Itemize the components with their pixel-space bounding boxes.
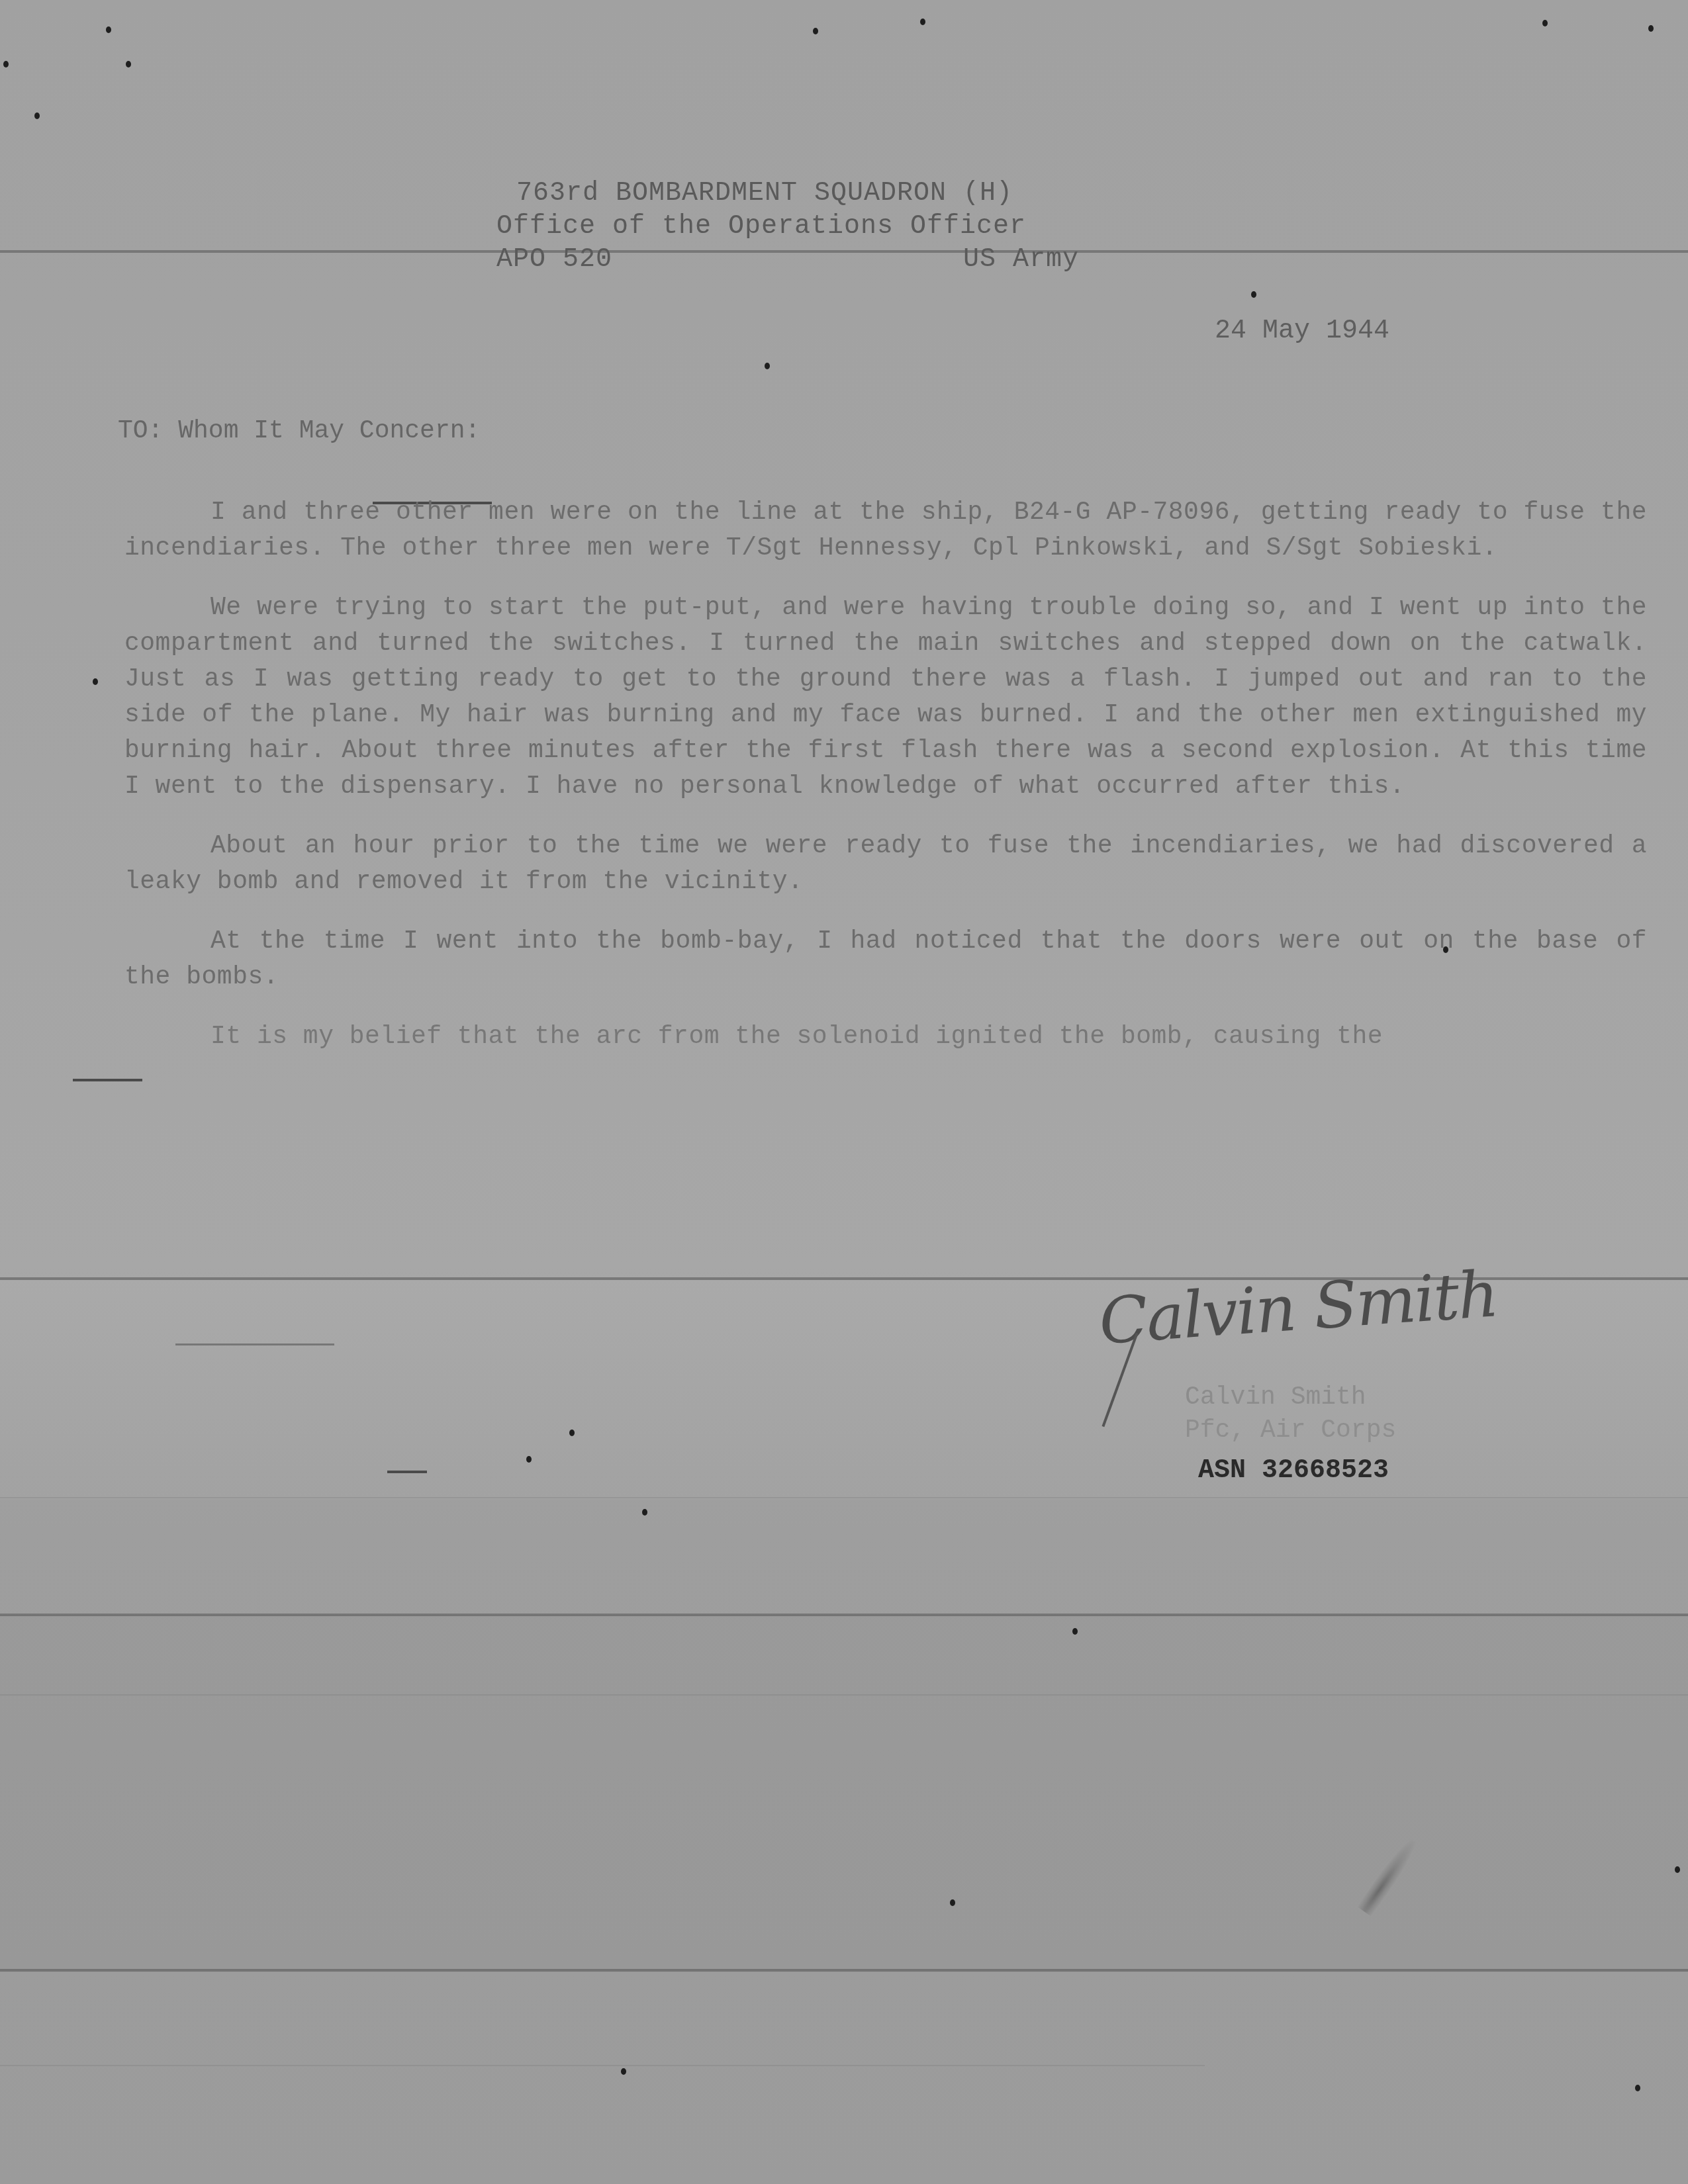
army-serial-number: ASN 32668523 bbox=[1198, 1456, 1389, 1486]
unit-name: 763rd BOMBARDMENT SQUADRON (H) bbox=[496, 177, 1079, 210]
handwritten-signature: Calvin Smith bbox=[1097, 1257, 1500, 1359]
dust-speck bbox=[93, 678, 98, 685]
dust-speck bbox=[34, 113, 40, 119]
paragraph: It is my belief that the arc from the so… bbox=[124, 1019, 1647, 1055]
branch-name: US Army bbox=[963, 244, 1079, 277]
dust-speck bbox=[1542, 20, 1548, 26]
dust-speck bbox=[1635, 2085, 1640, 2091]
dust-speck bbox=[3, 61, 9, 68]
dust-speck bbox=[569, 1430, 575, 1436]
dust-speck bbox=[642, 1509, 647, 1516]
dust-speck bbox=[621, 2068, 626, 2075]
dust-speck bbox=[106, 26, 111, 33]
dust-speck bbox=[1648, 25, 1654, 32]
apo-number: APO 520 bbox=[496, 244, 612, 277]
office-name: Office of the Operations Officer bbox=[496, 210, 1079, 244]
scanned-document-page: 763rd BOMBARDMENT SQUADRON (H) Office of… bbox=[0, 0, 1688, 2184]
dust-speck bbox=[765, 363, 770, 369]
dust-speck bbox=[813, 28, 818, 34]
scan-line bbox=[0, 2065, 1205, 2066]
typed-name: Calvin Smith bbox=[1185, 1383, 1366, 1412]
paragraph: We were trying to start the put-put, and… bbox=[124, 590, 1647, 805]
letter-body: I and three other men were on the line a… bbox=[124, 495, 1647, 1079]
scan-mark bbox=[175, 1343, 334, 1345]
paragraph: About an hour prior to the time we were … bbox=[124, 829, 1647, 900]
scan-mark bbox=[387, 1471, 427, 1473]
signature-block: Calvin Smith Calvin Smith Pfc, Air Corps… bbox=[1086, 1257, 1615, 1496]
letter-date: 24 May 1944 bbox=[1215, 316, 1389, 346]
scan-band bbox=[0, 1615, 1688, 1972]
letterhead: 763rd BOMBARDMENT SQUADRON (H) Office of… bbox=[496, 177, 1079, 277]
paragraph: At the time I went into the bomb-bay, I … bbox=[124, 924, 1647, 995]
dust-speck bbox=[126, 61, 131, 68]
dust-speck bbox=[950, 1899, 955, 1906]
paragraph: I and three other men were on the line a… bbox=[124, 495, 1647, 567]
dust-speck bbox=[1072, 1628, 1078, 1635]
scan-mark bbox=[73, 1079, 142, 1081]
dust-speck bbox=[526, 1456, 532, 1463]
salutation: TO: Whom It May Concern: bbox=[118, 417, 480, 445]
typed-rank: Pfc, Air Corps bbox=[1185, 1416, 1396, 1445]
dust-speck bbox=[1251, 291, 1256, 298]
dust-speck bbox=[920, 19, 925, 25]
dust-speck bbox=[1675, 1866, 1680, 1873]
